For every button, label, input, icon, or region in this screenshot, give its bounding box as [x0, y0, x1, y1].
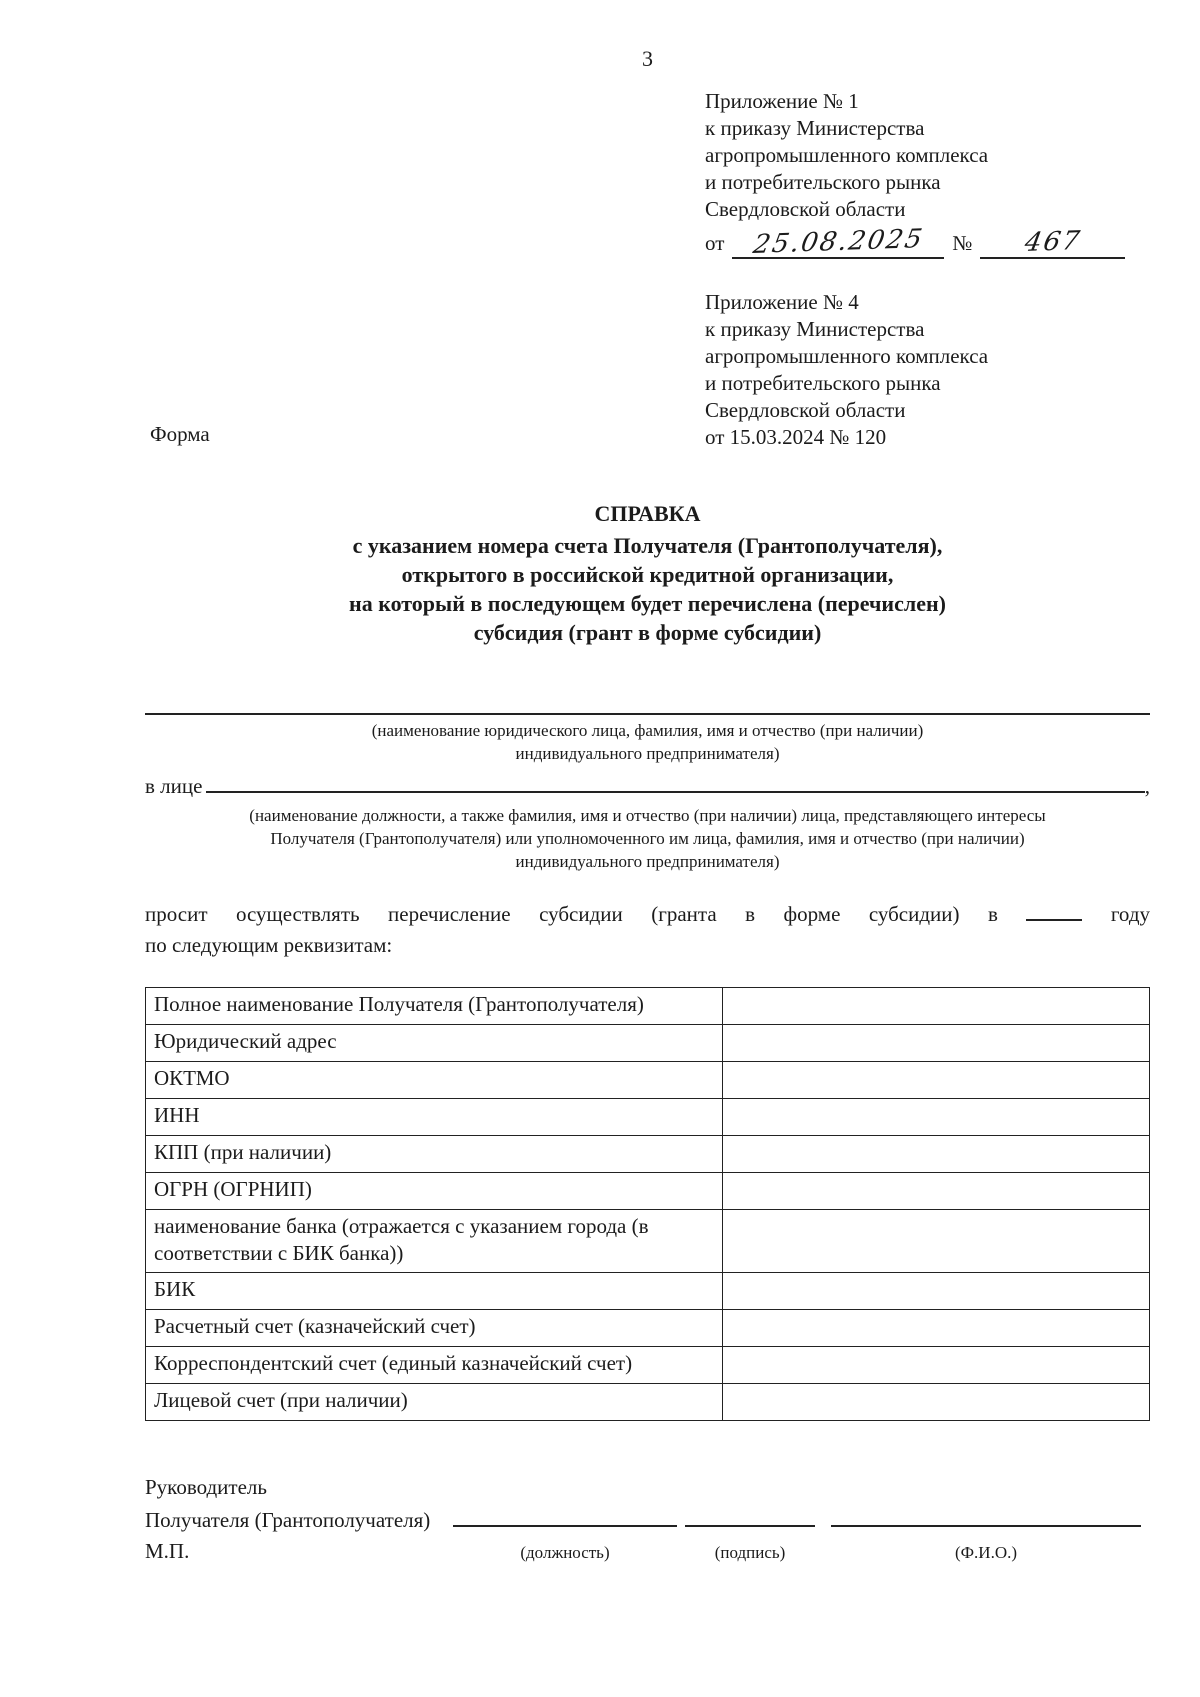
- row-value-cell: [723, 1210, 1150, 1273]
- document-subtitle-line-1: с указанием номера счета Получателя (Гра…: [145, 531, 1150, 560]
- document-title-block: СПРАВКА с указанием номера счета Получат…: [145, 499, 1150, 647]
- signature-caption: (подпись): [685, 1541, 815, 1565]
- fullname-field: [831, 1504, 1141, 1527]
- row-value-cell: [723, 1384, 1150, 1421]
- request-paragraph: просит осуществлять перечисление субсиди…: [145, 899, 1150, 961]
- representative-caption: (наименование должности, а также фамилия…: [145, 804, 1150, 873]
- document-header: Форма Приложение № 1 к приказу Министерс…: [145, 88, 1150, 451]
- appendix-2-region-line: Свердловской области: [705, 397, 1150, 424]
- table-row: Юридический адрес: [146, 1025, 1150, 1062]
- appendix-2-ministry-line: агропромышленного комплекса: [705, 343, 1150, 370]
- row-value-cell: [723, 988, 1150, 1025]
- table-row: наименование банка (отражается с указани…: [146, 1210, 1150, 1273]
- appendix-2-order-line: к приказу Министерства: [705, 316, 1150, 343]
- document-subtitle-line-3: на который в последующем будет перечисле…: [145, 589, 1150, 618]
- recipient-name-caption: (наименование юридического лица, фамилия…: [145, 719, 1150, 765]
- trailing-comma: ,: [1145, 772, 1150, 800]
- row-label-cell: Корреспондентский счет (единый казначейс…: [146, 1347, 723, 1384]
- recipient-name-field: [145, 685, 1150, 715]
- document-page: 3 Форма Приложение № 1 к приказу Министе…: [0, 0, 1200, 1697]
- document-subtitle-line-4: субсидия (грант в форме субсидии): [145, 618, 1150, 647]
- year-field: [1026, 905, 1082, 921]
- signature-line-row: Получателя (Грантополучателя): [145, 1504, 1150, 1537]
- signature-caption-row: М.П. (должность) (подпись) (Ф.И.О.): [145, 1539, 1150, 1565]
- appendix-2-market-line: и потребительского рынка: [705, 370, 1150, 397]
- v-lice-label: в лице: [145, 772, 202, 800]
- row-value-cell: [723, 1099, 1150, 1136]
- position-caption: (должность): [453, 1541, 677, 1565]
- request-text-before-year: просит осуществлять перечисление субсиди…: [145, 902, 998, 926]
- appendix-blocks: Приложение № 1 к приказу Министерства аг…: [705, 88, 1150, 451]
- appendix-2-title: Приложение № 4: [705, 289, 1150, 316]
- row-label-cell: Полное наименование Получателя (Грантопо…: [146, 988, 723, 1025]
- table-row: Расчетный счет (казначейский счет): [146, 1310, 1150, 1347]
- row-value-cell: [723, 1136, 1150, 1173]
- date-prefix: от: [705, 230, 724, 257]
- appendix-1-block: Приложение № 1 к приказу Министерства аг…: [705, 88, 1150, 263]
- recipient-name-caption-line-1: (наименование юридического лица, фамилия…: [145, 719, 1150, 742]
- row-label-cell: ОКТМО: [146, 1062, 723, 1099]
- page-number: 3: [145, 46, 1150, 72]
- representative-row: в лице ,: [145, 770, 1150, 800]
- table-row: ОГРН (ОГРНИП): [146, 1173, 1150, 1210]
- signature-role-line-1: Руководитель: [145, 1471, 1150, 1504]
- row-label-cell: Лицевой счет (при наличии): [146, 1384, 723, 1421]
- signature-block: Руководитель Получателя (Грантополучател…: [145, 1471, 1150, 1565]
- table-row: Корреспондентский счет (единый казначейс…: [146, 1347, 1150, 1384]
- appendix-1-market-line: и потребительского рынка: [705, 169, 1150, 196]
- recipient-name-caption-line-2: индивидуального предпринимателя): [145, 742, 1150, 765]
- row-value-cell: [723, 1062, 1150, 1099]
- document-title: СПРАВКА: [145, 499, 1150, 528]
- table-row: ОКТМО: [146, 1062, 1150, 1099]
- position-field: [453, 1504, 677, 1527]
- row-label-cell: Юридический адрес: [146, 1025, 723, 1062]
- row-value-cell: [723, 1310, 1150, 1347]
- request-line-2: по следующим реквизитам:: [145, 930, 1150, 961]
- table-row: Полное наименование Получателя (Грантопо…: [146, 988, 1150, 1025]
- table-row: КПП (при наличии): [146, 1136, 1150, 1173]
- row-label-cell: ИНН: [146, 1099, 723, 1136]
- form-label: Форма: [150, 422, 210, 447]
- fullname-caption: (Ф.И.О.): [831, 1541, 1141, 1565]
- row-value-cell: [723, 1173, 1150, 1210]
- signature-role-line-2: Получателя (Грантополучателя): [145, 1504, 453, 1537]
- representative-caption-line-2: Получателя (Грантополучателя) или уполно…: [145, 827, 1150, 850]
- bank-details-table: Полное наименование Получателя (Грантопо…: [145, 987, 1150, 1421]
- appendix-2-block: Приложение № 4 к приказу Министерства аг…: [705, 289, 1150, 451]
- handwritten-number-field: 467: [980, 227, 1125, 259]
- request-text-after-year: году: [1111, 902, 1150, 926]
- row-label-cell: наименование банка (отражается с указани…: [146, 1210, 723, 1273]
- row-label-cell: КПП (при наличии): [146, 1136, 723, 1173]
- row-label-cell: ОГРН (ОГРНИП): [146, 1173, 723, 1210]
- document-subtitle-line-2: открытого в российской кредитной организ…: [145, 560, 1150, 589]
- stamp-label: М.П.: [145, 1539, 453, 1563]
- appendix-1-date-line: от 25.08.2025 № 467: [705, 227, 1150, 263]
- row-value-cell: [723, 1273, 1150, 1310]
- row-label-cell: Расчетный счет (казначейский счет): [146, 1310, 723, 1347]
- representative-caption-line-1: (наименование должности, а также фамилия…: [145, 804, 1150, 827]
- table-row: Лицевой счет (при наличии): [146, 1384, 1150, 1421]
- row-value-cell: [723, 1025, 1150, 1062]
- table-row: ИНН: [146, 1099, 1150, 1136]
- appendix-1-ministry-line: агропромышленного комплекса: [705, 142, 1150, 169]
- handwritten-date: 25.08.2025: [751, 226, 926, 260]
- row-value-cell: [723, 1347, 1150, 1384]
- handwritten-date-field: 25.08.2025: [732, 227, 944, 259]
- appendix-1-title: Приложение № 1: [705, 88, 1150, 115]
- request-line-1: просит осуществлять перечисление субсиди…: [145, 899, 1150, 930]
- handwritten-number: 467: [1022, 228, 1083, 258]
- row-label-cell: БИК: [146, 1273, 723, 1310]
- signature-field: [685, 1504, 815, 1527]
- representative-field: [206, 770, 1144, 793]
- table-row: БИК: [146, 1273, 1150, 1310]
- representative-caption-line-3: индивидуального предпринимателя): [145, 850, 1150, 873]
- appendix-1-order-line: к приказу Министерства: [705, 115, 1150, 142]
- appendix-1-region-line: Свердловской области: [705, 196, 1150, 223]
- appendix-2-date-line: от 15.03.2024 № 120: [705, 424, 1150, 451]
- number-sign: №: [952, 230, 972, 257]
